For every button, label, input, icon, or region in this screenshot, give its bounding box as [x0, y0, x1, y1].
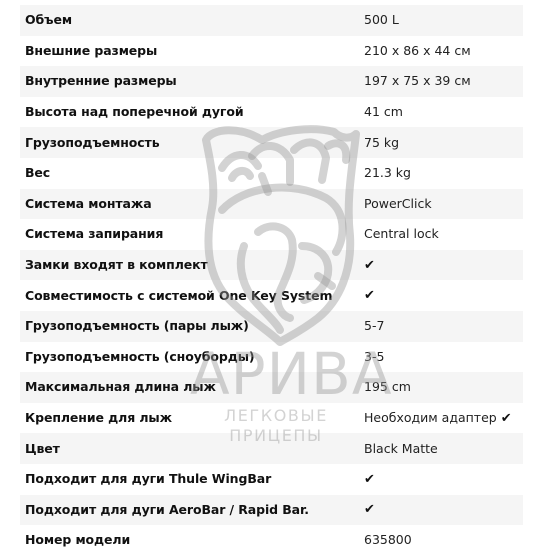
spec-value-cell: Необходим адаптер ✔	[359, 403, 523, 434]
spec-value: 197 x 75 x 39 см	[364, 73, 471, 88]
spec-value-cell: 21.3 kg	[359, 158, 523, 189]
spec-sheet: Объем500 LВнешние размеры210 x 86 x 44 с…	[0, 0, 559, 560]
spec-value-cell: PowerClick	[359, 189, 523, 220]
spec-label: Крепление для лыж	[20, 403, 359, 434]
table-row: Объем500 L	[20, 5, 523, 36]
table-row: Крепление для лыжНеобходим адаптер ✔	[20, 403, 523, 434]
spec-value: 21.3 kg	[364, 165, 411, 180]
table-row: Высота над поперечной дугой41 cm	[20, 97, 523, 128]
spec-value: 75 kg	[364, 135, 399, 150]
checkmark-icon: ✔	[364, 503, 375, 517]
checkmark-icon: ✔	[364, 473, 375, 487]
spec-value-cell: ✔	[359, 495, 523, 526]
spec-value-cell: ✔	[359, 280, 523, 311]
spec-value-cell: ✔	[359, 464, 523, 495]
spec-value-cell: 195 cm	[359, 372, 523, 403]
spec-value: Black Matte	[364, 441, 438, 456]
checkmark-icon: ✔	[501, 412, 512, 426]
spec-label: Внутренние размеры	[20, 66, 359, 97]
spec-label: Грузоподъемность (сноуборды)	[20, 342, 359, 373]
table-row: Подходит для дуги Thule WingBar✔	[20, 464, 523, 495]
table-row: Система запиранияCentral lock	[20, 219, 523, 250]
specifications-table: Объем500 LВнешние размеры210 x 86 x 44 с…	[20, 5, 523, 556]
spec-value: 5-7	[364, 318, 384, 333]
spec-label: Номер модели	[20, 525, 359, 556]
spec-value-cell: 75 kg	[359, 127, 523, 158]
spec-label: Грузоподъемность	[20, 127, 359, 158]
spec-label: Внешние размеры	[20, 36, 359, 67]
spec-value: 500 L	[364, 12, 399, 27]
table-row: Вес21.3 kg	[20, 158, 523, 189]
checkmark-icon: ✔	[364, 259, 375, 273]
spec-label: Система запирания	[20, 219, 359, 250]
table-row: Номер модели635800	[20, 525, 523, 556]
spec-label: Грузоподъемность (пары лыж)	[20, 311, 359, 342]
spec-value-cell: 500 L	[359, 5, 523, 36]
table-row: Грузоподъемность (сноуборды)3-5	[20, 342, 523, 373]
spec-value-cell: Black Matte	[359, 433, 523, 464]
table-row: Совместимость с системой One Key System✔	[20, 280, 523, 311]
spec-value-cell: Central lock	[359, 219, 523, 250]
spec-label: Подходит для дуги Thule WingBar	[20, 464, 359, 495]
spec-label: Совместимость с системой One Key System	[20, 280, 359, 311]
spec-label: Высота над поперечной дугой	[20, 97, 359, 128]
spec-value: Central lock	[364, 226, 439, 241]
spec-value-cell: 3-5	[359, 342, 523, 373]
spec-label: Подходит для дуги AeroBar / Rapid Bar.	[20, 495, 359, 526]
table-row: Внешние размеры210 x 86 x 44 см	[20, 36, 523, 67]
spec-value-cell: 5-7	[359, 311, 523, 342]
table-row: Грузоподъемность75 kg	[20, 127, 523, 158]
table-row: Подходит для дуги AeroBar / Rapid Bar.✔	[20, 495, 523, 526]
spec-label: Цвет	[20, 433, 359, 464]
spec-value: 41 cm	[364, 104, 403, 119]
table-row: Система монтажаPowerClick	[20, 189, 523, 220]
spec-label: Объем	[20, 5, 359, 36]
checkmark-icon: ✔	[364, 289, 375, 303]
spec-value: 3-5	[364, 349, 384, 364]
spec-label: Вес	[20, 158, 359, 189]
spec-label: Максимальная длина лыж	[20, 372, 359, 403]
spec-value: PowerClick	[364, 196, 432, 211]
spec-value: Необходим адаптер	[364, 410, 497, 425]
spec-value-cell: 41 cm	[359, 97, 523, 128]
spec-value: 210 x 86 x 44 см	[364, 43, 471, 58]
table-row: Замки входят в комплект✔	[20, 250, 523, 281]
spec-value-cell: 197 x 75 x 39 см	[359, 66, 523, 97]
spec-value-cell: 635800	[359, 525, 523, 556]
spec-label: Замки входят в комплект	[20, 250, 359, 281]
spec-value: 195 cm	[364, 379, 411, 394]
spec-value-cell: ✔	[359, 250, 523, 281]
spec-value: 635800	[364, 532, 412, 547]
table-row: Максимальная длина лыж195 cm	[20, 372, 523, 403]
specifications-table-body: Объем500 LВнешние размеры210 x 86 x 44 с…	[20, 5, 523, 556]
table-row: ЦветBlack Matte	[20, 433, 523, 464]
spec-value-cell: 210 x 86 x 44 см	[359, 36, 523, 67]
table-row: Внутренние размеры197 x 75 x 39 см	[20, 66, 523, 97]
table-row: Грузоподъемность (пары лыж)5-7	[20, 311, 523, 342]
spec-label: Система монтажа	[20, 189, 359, 220]
